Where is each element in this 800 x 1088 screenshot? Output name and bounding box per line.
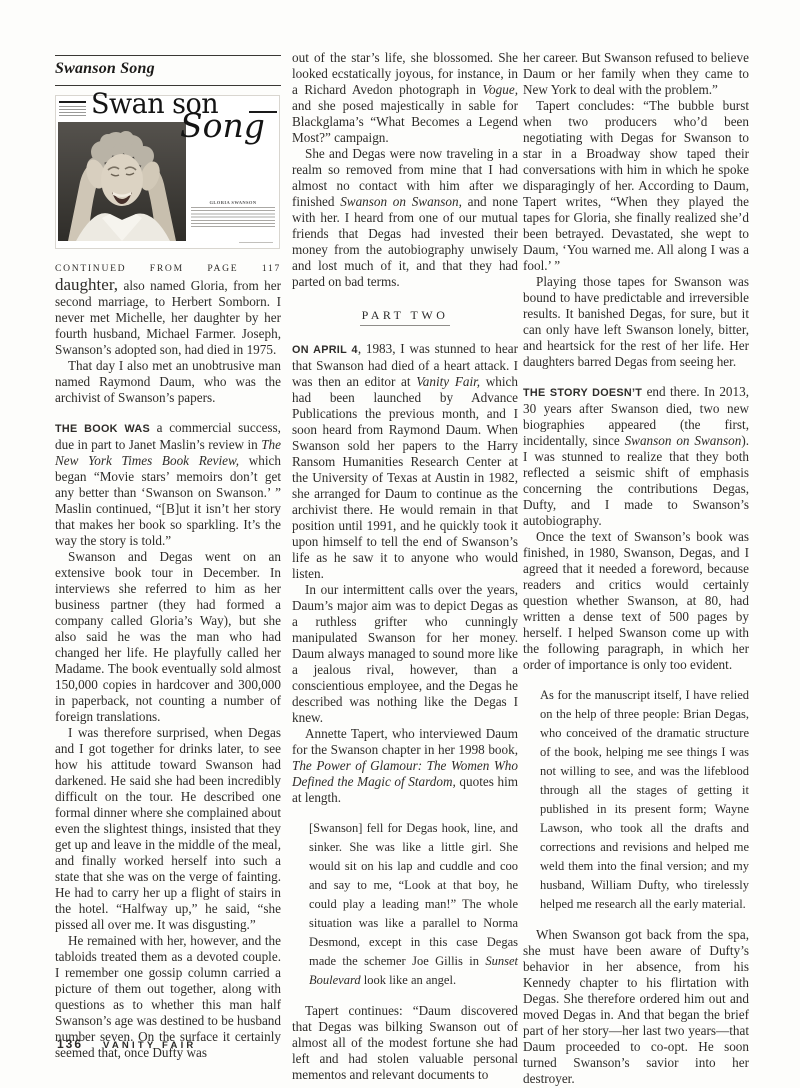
paragraph: That day I also met an unobtrusive man n… xyxy=(55,358,281,406)
paragraph: Swanson and Degas went on an extensive b… xyxy=(55,549,281,725)
column-3: her career. But Swanson refused to belie… xyxy=(523,50,749,1087)
magazine-page: Swanson Song Swan son Song xyxy=(0,0,800,1088)
magazine-spread-image: Swan son Song xyxy=(55,95,280,249)
spread-title-line2: Song xyxy=(180,118,265,134)
paragraph: When Swanson got back from the spa, she … xyxy=(523,927,749,1087)
article-masthead: Swanson Song xyxy=(55,55,281,86)
paragraph: I was therefore surprised, when Degas an… xyxy=(55,725,281,933)
paragraph: THE BOOK WAS a commercial success, due i… xyxy=(55,420,281,549)
paragraph: ON APRIL 4, 1983, I was stunned to hear … xyxy=(292,341,518,582)
paragraph: CONTINUED FROM PAGE 117 daughter, also n… xyxy=(55,259,281,358)
spread-credit-text xyxy=(59,106,86,118)
block-quote: [Swanson] fell for Degas hook, line, and… xyxy=(309,819,518,990)
paragraph: Tapert continues: “Daum discovered that … xyxy=(292,1003,518,1083)
paragraph: She and Degas were now traveling in a re… xyxy=(292,146,518,290)
section-heading: PART TWO xyxy=(292,307,518,326)
paragraph: Playing those tapes for Swanson was boun… xyxy=(523,274,749,370)
page-number: 136 xyxy=(57,1037,83,1051)
article-title: Swanson Song xyxy=(55,60,155,77)
spread-rule-left xyxy=(59,101,86,103)
spread-folio xyxy=(239,242,273,244)
paragraph: Annette Tapert, who interviewed Daum for… xyxy=(292,726,518,806)
paragraph: Once the text of Swanson’s book was fini… xyxy=(523,529,749,673)
paragraph: Tapert concludes: “The bubble burst when… xyxy=(523,98,749,274)
swanson-photo xyxy=(58,122,186,241)
block-quote: As for the manuscript itself, I have rel… xyxy=(540,686,749,914)
column-1: Swanson Song Swan son Song xyxy=(55,55,281,1061)
magazine-name: VANITY FAIR xyxy=(103,1040,196,1051)
page-footer: 136 VANITY FAIR xyxy=(57,1037,196,1051)
spread-caption-lead: GLORIA SWANSON xyxy=(191,201,275,205)
paragraph: In our intermittent calls over the years… xyxy=(292,582,518,726)
column-2: out of the star’s life, she blossomed. S… xyxy=(292,50,518,1083)
spread-caption: GLORIA SWANSON xyxy=(191,201,275,229)
paragraph: her career. But Swanson refused to belie… xyxy=(523,50,749,98)
paragraph: out of the star’s life, she blossomed. S… xyxy=(292,50,518,146)
spread-caption-text xyxy=(191,207,275,229)
paragraph: THE STORY DOESN’T end there. In 2013, 30… xyxy=(523,384,749,529)
